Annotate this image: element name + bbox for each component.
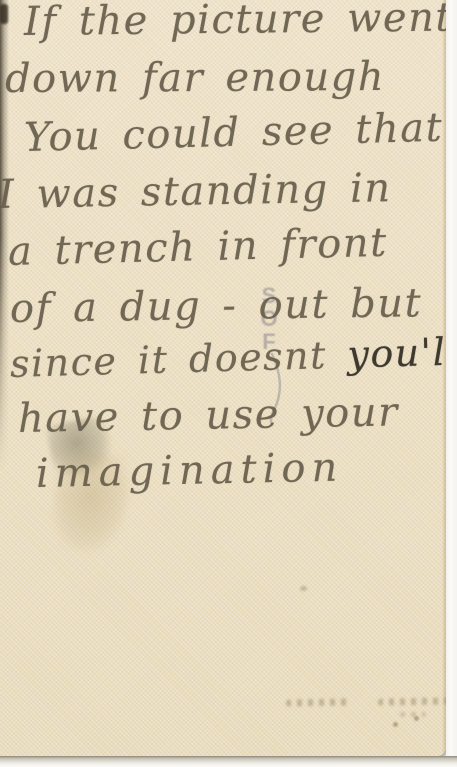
handwritten-line-9: imagination: [35, 442, 343, 500]
line-text: imagination: [36, 445, 344, 497]
handwritten-line-7: since it doesnt you'll: [9, 325, 446, 390]
smudge-mark: [378, 697, 446, 705]
handwritten-line-4: I was standing in: [0, 162, 392, 221]
scanner-background-right: [446, 0, 457, 767]
line-text: You could see that: [23, 105, 443, 161]
handwritten-line-1: If the picture went: [24, 0, 446, 48]
postcard-paper: S O F If the picture went down far enoug…: [0, 0, 446, 756]
handwritten-line-5: a trench in front: [7, 217, 388, 278]
line-text: a trench in front: [7, 220, 388, 275]
card-edge-nick: [0, 4, 8, 24]
handwritten-line-8: have to use your: [18, 386, 400, 445]
smudge-speck: [393, 722, 398, 727]
line-text: I was standing in: [0, 165, 392, 218]
line-text: down far enough: [5, 54, 385, 102]
handwritten-line-6: of a dug - out but: [10, 277, 423, 335]
smudge-mark: [286, 698, 348, 706]
smudge-mark: [400, 712, 426, 717]
line-text: If the picture went: [24, 0, 446, 45]
line-text: since it doesnt: [9, 333, 327, 386]
handwritten-line-2: down far enough: [5, 51, 385, 105]
line-text: have to use your: [18, 389, 399, 442]
scanned-postcard-back: S O F If the picture went down far enoug…: [0, 0, 457, 767]
line-text: of a dug - out but: [10, 280, 423, 332]
line-text-dark-ink: you'll: [326, 329, 446, 377]
stain-speck: [300, 586, 307, 591]
scanner-background-bottom: [0, 756, 457, 767]
handwritten-line-3: You could see that: [23, 102, 443, 164]
smudge-speck: [414, 716, 419, 721]
